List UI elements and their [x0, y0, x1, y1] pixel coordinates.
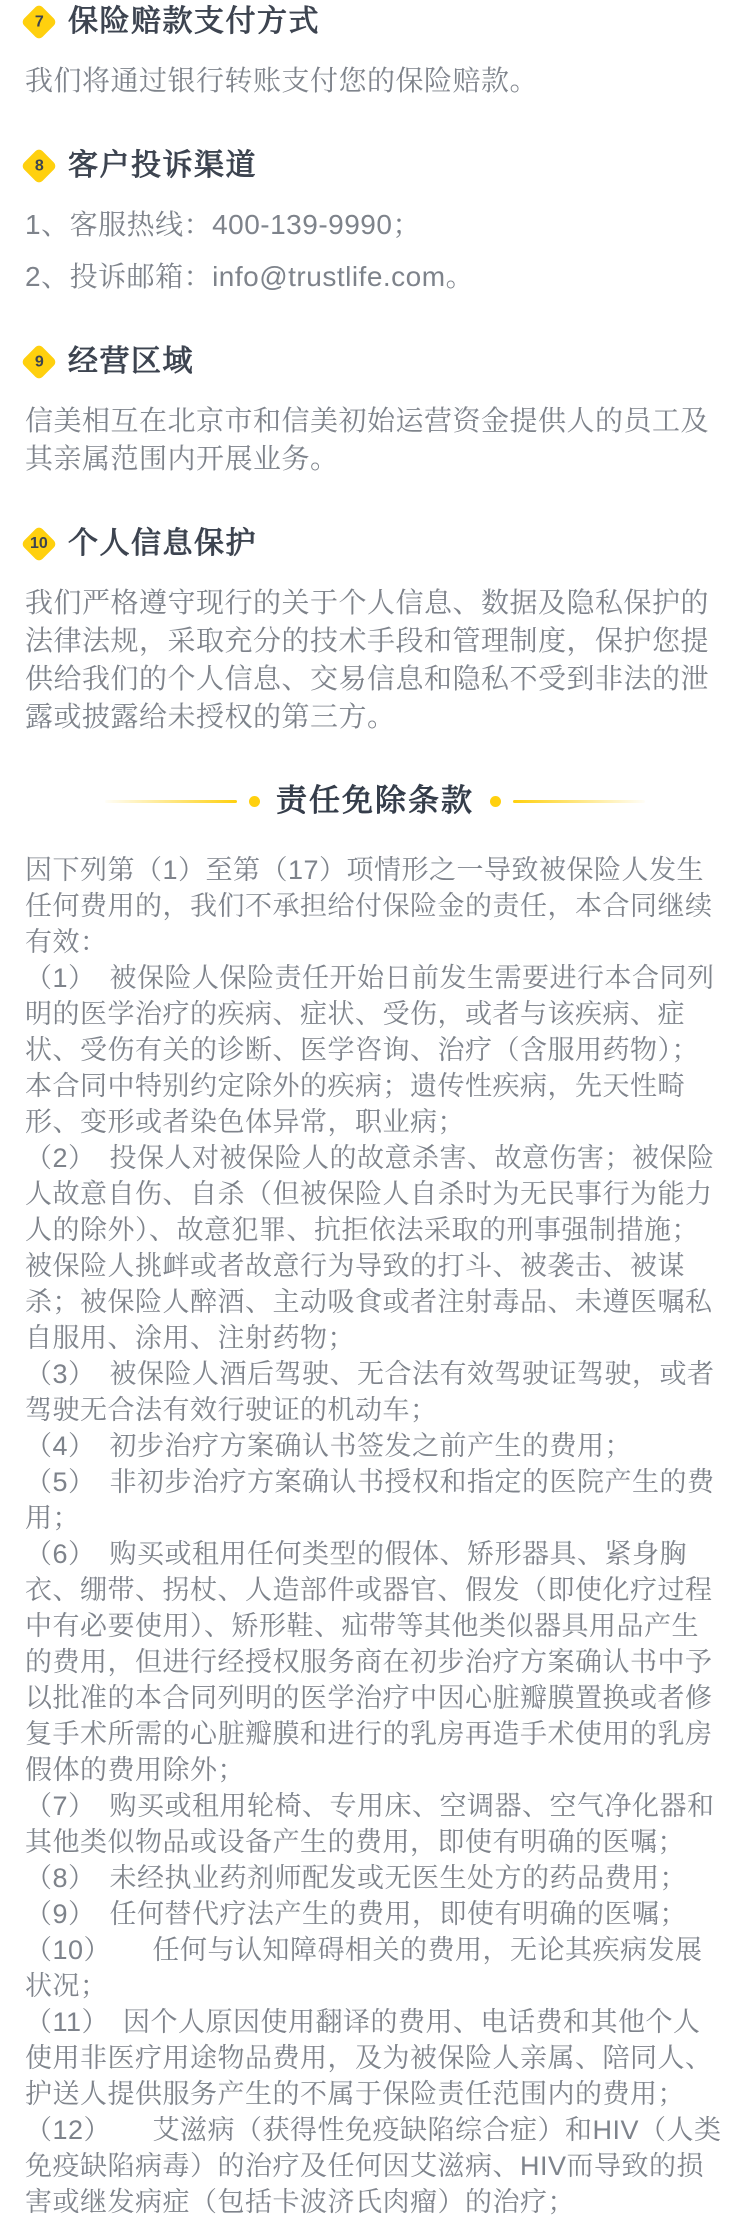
section-title: 个人信息保护 — [68, 524, 257, 564]
section-number: 7 — [35, 14, 44, 30]
section-business-area: 9 经营区域 信美相互在北京市和信美初始运营资金提供人的员工及其亲属范围内开展业… — [25, 342, 725, 478]
exemption-clause: （6） 购买或租用任何类型的假体、矫形器具、紧身胸衣、绷带、拐杖、人造部件或器官… — [25, 1536, 725, 1788]
divider-line-right — [513, 800, 645, 803]
diamond-number-icon: 7 — [21, 4, 58, 41]
section-title: 经营区域 — [68, 342, 194, 382]
section-payment-method: 7 保险赔款支付方式 我们将通过银行转账支付您的保险赔款。 — [25, 2, 725, 100]
section-complaint-channels: 8 客户投诉渠道 1、客服热线：400-139-9990； 2、投诉邮箱：inf… — [25, 146, 725, 296]
section-header: 8 客户投诉渠道 — [25, 146, 725, 186]
section-paragraph: 我们将通过银行转账支付您的保险赔款。 — [25, 62, 725, 100]
complaint-email-text: 2、投诉邮箱：info@trustlife.com。 — [25, 258, 725, 296]
exemption-clause: （7） 购买或租用轮椅、专用床、空调器、空气净化器和其他类似物品或设备产生的费用… — [25, 1788, 725, 1860]
insurance-terms-page: 7 保险赔款支付方式 我们将通过银行转账支付您的保险赔款。 8 客户投诉渠道 1… — [0, 0, 750, 2232]
diamond-number-icon: 10 — [21, 526, 58, 563]
exemption-intro: 因下列第（1）至第（17）项情形之一导致被保险人发生任何费用的，我们不承担给付保… — [25, 852, 725, 960]
exemption-clauses: 因下列第（1）至第（17）项情形之一导致被保险人发生任何费用的，我们不承担给付保… — [25, 852, 725, 2220]
exemption-clause: （2） 投保人对被保险人的故意杀害、故意伤害；被保险人故意自伤、自杀（但被保险人… — [25, 1140, 725, 1356]
exemption-clause: （10） 任何与认知障碍相关的费用，无论其疾病发展状况； — [25, 1932, 725, 2004]
exemption-clause: （1） 被保险人保险责任开始日前发生需要进行本合同列明的医学治疗的疾病、症状、受… — [25, 960, 725, 1140]
exemption-clause: （8） 未经执业药剂师配发或无医生处方的药品费用； — [25, 1860, 725, 1896]
section-header: 9 经营区域 — [25, 342, 725, 382]
diamond-badge-box: 10 — [20, 525, 58, 563]
exemption-clause: （3） 被保险人酒后驾驶、无合法有效驾驶证驾驶，或者驾驶无合法有效行驶证的机动车… — [25, 1356, 725, 1428]
section-header: 7 保险赔款支付方式 — [25, 2, 725, 42]
exemption-clause: （9） 任何替代疗法产生的费用，即使有明确的医嘱； — [25, 1896, 725, 1932]
section-personal-info-protection: 10 个人信息保护 我们严格遵守现行的关于个人信息、数据及隐私保护的法律法规，采… — [25, 524, 725, 736]
divider-dot-left — [249, 796, 260, 807]
section-number: 8 — [35, 158, 44, 174]
exemption-heading: 责任免除条款 — [25, 780, 725, 822]
section-number: 10 — [30, 536, 48, 552]
diamond-badge-box: 9 — [20, 343, 58, 381]
exemption-clause: （11） 因个人原因使用翻译的费用、电话费和其他个人使用非医疗用途物品费用，及为… — [25, 2004, 725, 2112]
section-title: 客户投诉渠道 — [68, 146, 257, 186]
exemption-clause: （4） 初步治疗方案确认书签发之前产生的费用； — [25, 1428, 725, 1464]
diamond-badge-box: 7 — [20, 3, 58, 41]
divider-line-left — [105, 800, 237, 803]
section-paragraph: 我们严格遵守现行的关于个人信息、数据及隐私保护的法律法规，采取充分的技术手段和管… — [25, 584, 725, 736]
exemption-heading-title: 责任免除条款 — [272, 780, 478, 822]
section-title: 保险赔款支付方式 — [68, 2, 320, 42]
section-header: 10 个人信息保护 — [25, 524, 725, 564]
diamond-badge-box: 8 — [20, 147, 58, 185]
hotline-text: 1、客服热线：400-139-9990； — [25, 206, 725, 244]
exemption-clause: （12） 艾滋病（获得性免疫缺陷综合症）和HIV（人类免疫缺陷病毒）的治疗及任何… — [25, 2112, 725, 2220]
section-number: 9 — [35, 354, 44, 370]
section-paragraph: 信美相互在北京市和信美初始运营资金提供人的员工及其亲属范围内开展业务。 — [25, 402, 725, 478]
diamond-number-icon: 9 — [21, 344, 58, 381]
diamond-number-icon: 8 — [21, 148, 58, 185]
exemption-clause: （5） 非初步治疗方案确认书授权和指定的医院产生的费用； — [25, 1464, 725, 1536]
divider-dot-right — [490, 796, 501, 807]
